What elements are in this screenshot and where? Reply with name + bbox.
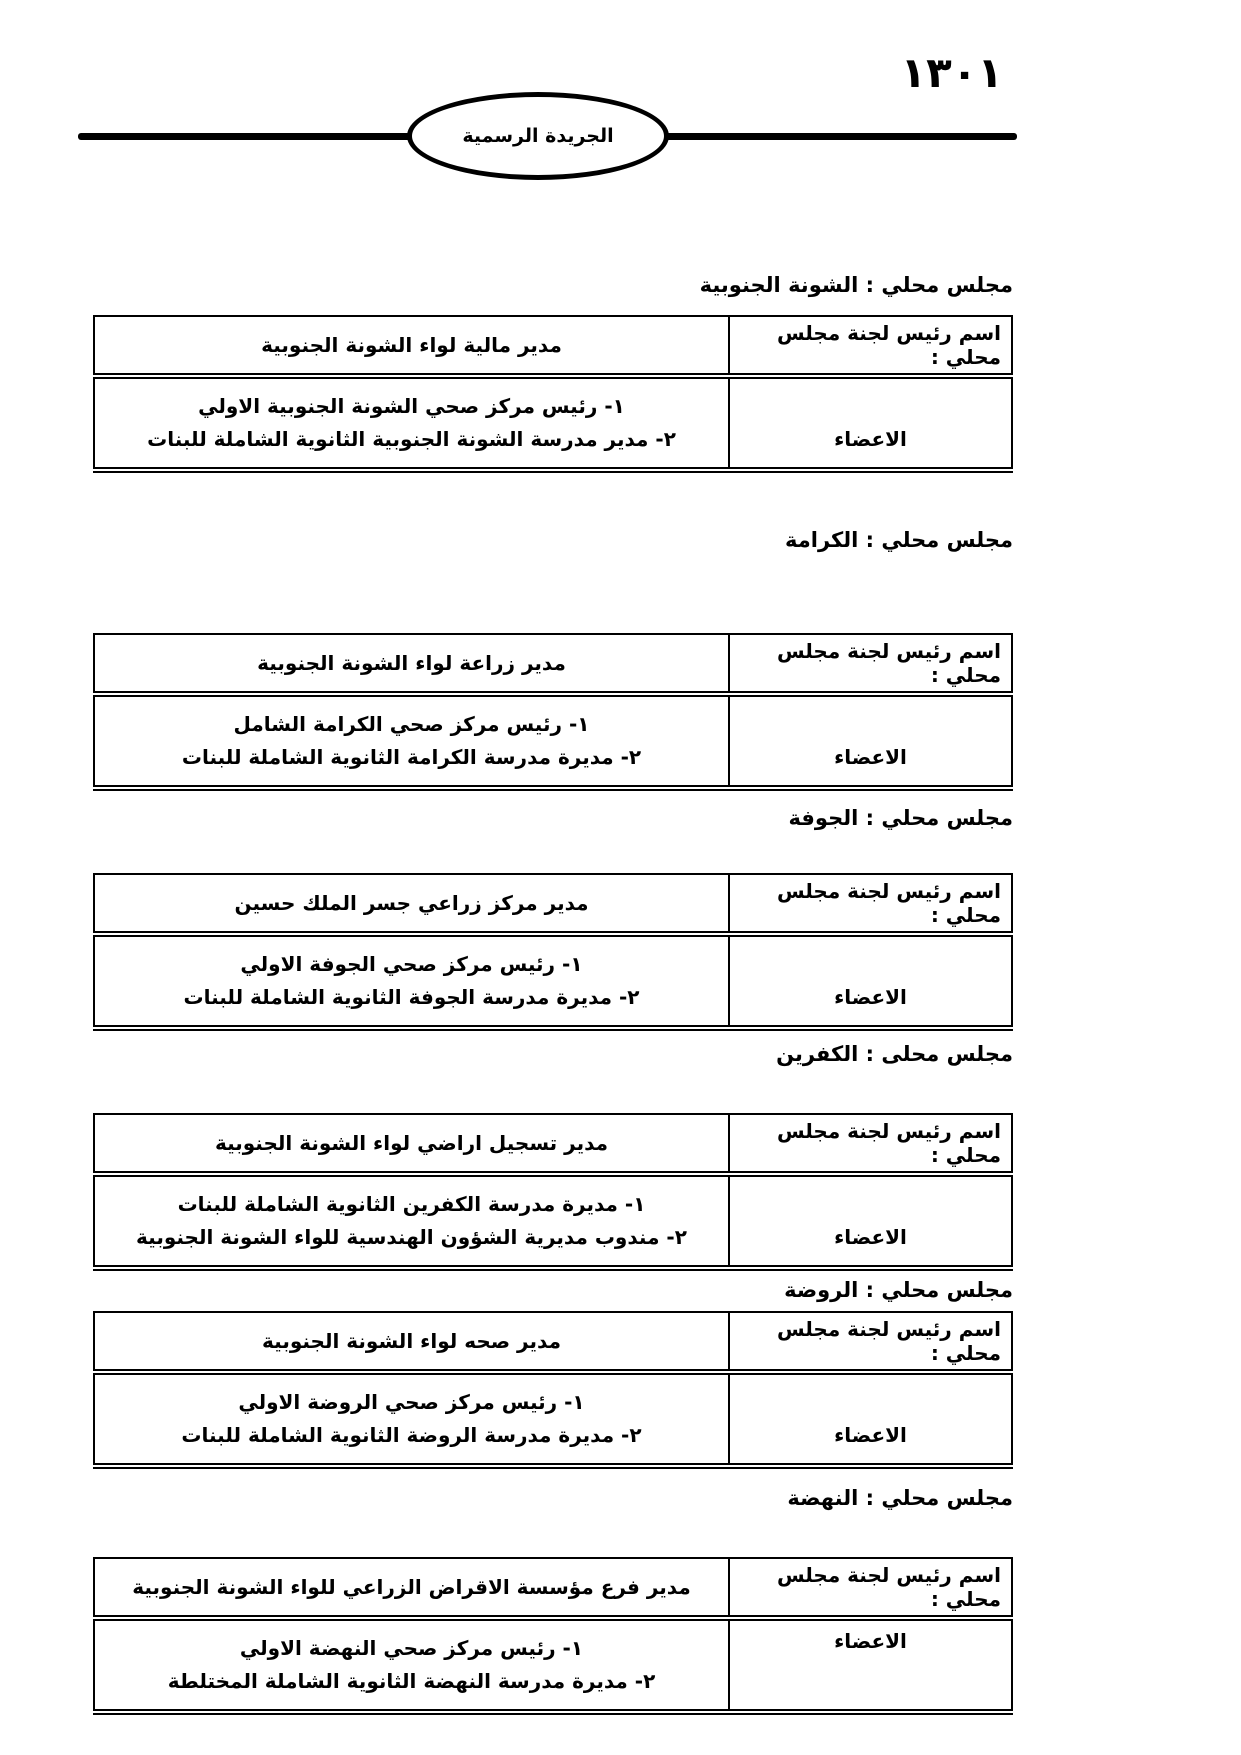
page-content: ١٣٠١ الجريدة الرسمية مجلس محلي : الشونة … xyxy=(93,0,1013,1715)
members-label-cell: الاعضاء xyxy=(729,1174,1012,1268)
member-item: ١- رئيس مركز صحي الكرامة الشامل xyxy=(99,708,724,741)
member-item: ١- رئيس مركز صحي النهضة الاولي xyxy=(99,1632,724,1665)
members-row: الاعضاء ١- رئيس مركز صحي النهضة الاولي ٢… xyxy=(94,1618,1012,1712)
council-title: مجلس محلي : الشونة الجنوبية xyxy=(93,270,1013,300)
member-item: ٢- مدير مدرسة الشونة الجنوبية الثانوية ا… xyxy=(99,423,724,456)
chairman-value-cell: مدير مركز زراعي جسر الملك حسين xyxy=(94,874,729,934)
council-title: مجلس محلي : الجوفة xyxy=(93,803,1013,833)
chairman-label-cell: اسم رئيس لجنة مجلس محلي : xyxy=(729,1312,1012,1372)
council-section: مجلس محلي : الكرامة اسم رئيس لجنة مجلس م… xyxy=(93,525,1013,791)
council-title: مجلس محلي : النهضة xyxy=(93,1483,1013,1513)
members-row: الاعضاء ١- مديرة مدرسة الكفرين الثانوية … xyxy=(94,1174,1012,1268)
members-label-cell: الاعضاء xyxy=(729,694,1012,788)
member-item: ١- مديرة مدرسة الكفرين الثانوية الشاملة … xyxy=(99,1188,724,1221)
members-row: الاعضاء ١- رئيس مركز صحي الكرامة الشامل … xyxy=(94,694,1012,788)
council-table: اسم رئيس لجنة مجلس محلي : مدير مركز زراع… xyxy=(93,873,1013,1031)
council-table: اسم رئيس لجنة مجلس محلي : مدير تسجيل ارا… xyxy=(93,1113,1013,1271)
gazette-page: ١٣٠١ الجريدة الرسمية مجلس محلي : الشونة … xyxy=(0,0,1241,1755)
council-section: مجلس محلي : الشونة الجنوبية اسم رئيس لجن… xyxy=(93,270,1013,473)
gazette-title: الجريدة الرسمية xyxy=(462,125,613,147)
members-list-cell: ١- رئيس مركز صحي الجوفة الاولي ٢- مديرة … xyxy=(94,934,729,1028)
page-header: ١٣٠١ الجريدة الرسمية xyxy=(93,0,1013,185)
chairman-row: اسم رئيس لجنة مجلس محلي : مدير فرع مؤسسة… xyxy=(94,1558,1012,1618)
chairman-value-cell: مدير مالية لواء الشونة الجنوبية xyxy=(94,316,729,376)
members-list-cell: ١- مديرة مدرسة الكفرين الثانوية الشاملة … xyxy=(94,1174,729,1268)
members-label-cell: الاعضاء xyxy=(729,1372,1012,1466)
member-item: ١- رئيس مركز صحي الشونة الجنوبية الاولي xyxy=(99,390,724,423)
members-list-cell: ١- رئيس مركز صحي النهضة الاولي ٢- مديرة … xyxy=(94,1618,729,1712)
chairman-row: اسم رئيس لجنة مجلس محلي : مدير صحه لواء … xyxy=(94,1312,1012,1372)
members-label-cell: الاعضاء xyxy=(729,934,1012,1028)
chairman-value-cell: مدير زراعة لواء الشونة الجنوبية xyxy=(94,634,729,694)
chairman-value-cell: مدير صحه لواء الشونة الجنوبية xyxy=(94,1312,729,1372)
council-title: مجلس محلي : الكرامة xyxy=(93,525,1013,555)
chairman-label-cell: اسم رئيس لجنة مجلس محلي : xyxy=(729,1558,1012,1618)
chairman-value-cell: مدير فرع مؤسسة الاقراض الزراعي للواء الش… xyxy=(94,1558,729,1618)
chairman-label-cell: اسم رئيس لجنة مجلس محلي : xyxy=(729,316,1012,376)
member-item: ٢- مديرة مدرسة الروضة الثانوية الشاملة ل… xyxy=(99,1419,724,1452)
chairman-row: اسم رئيس لجنة مجلس محلي : مدير مالية لوا… xyxy=(94,316,1012,376)
council-table: اسم رئيس لجنة مجلس محلي : مدير مالية لوا… xyxy=(93,315,1013,473)
member-item: ١- رئيس مركز صحي الروضة الاولي xyxy=(99,1386,724,1419)
members-list-cell: ١- رئيس مركز صحي الشونة الجنوبية الاولي … xyxy=(94,376,729,470)
member-item: ٢- مديرة مدرسة الكرامة الثانوية الشاملة … xyxy=(99,741,724,774)
member-item: ٢- مديرة مدرسة الجوفة الثانوية الشاملة ل… xyxy=(99,981,724,1014)
member-item: ٢- مندوب مديرية الشؤون الهندسية للواء ال… xyxy=(99,1221,724,1254)
chairman-label-cell: اسم رئيس لجنة مجلس محلي : xyxy=(729,1114,1012,1174)
council-section: مجلس محلى : الكفرين اسم رئيس لجنة مجلس م… xyxy=(93,1039,1013,1271)
council-table: اسم رئيس لجنة مجلس محلي : مدير صحه لواء … xyxy=(93,1311,1013,1469)
council-title: مجلس محلي : الروضة xyxy=(93,1275,1013,1305)
members-list-cell: ١- رئيس مركز صحي الكرامة الشامل ٢- مديرة… xyxy=(94,694,729,788)
council-title: مجلس محلى : الكفرين xyxy=(93,1039,1013,1069)
chairman-row: اسم رئيس لجنة مجلس محلي : مدير زراعة لوا… xyxy=(94,634,1012,694)
chairman-label-cell: اسم رئيس لجنة مجلس محلي : xyxy=(729,634,1012,694)
members-row: الاعضاء ١- رئيس مركز صحي الروضة الاولي ٢… xyxy=(94,1372,1012,1466)
council-table: اسم رئيس لجنة مجلس محلي : مدير زراعة لوا… xyxy=(93,633,1013,791)
council-section: مجلس محلي : الجوفة اسم رئيس لجنة مجلس مح… xyxy=(93,803,1013,1031)
page-number: ١٣٠١ xyxy=(900,52,1003,94)
member-item: ٢- مديرة مدرسة النهضة الثانوية الشاملة ا… xyxy=(99,1665,724,1698)
chairman-label-cell: اسم رئيس لجنة مجلس محلي : xyxy=(729,874,1012,934)
chairman-row: اسم رئيس لجنة مجلس محلي : مدير مركز زراع… xyxy=(94,874,1012,934)
member-item: ١- رئيس مركز صحي الجوفة الاولي xyxy=(99,948,724,981)
members-list-cell: ١- رئيس مركز صحي الروضة الاولي ٢- مديرة … xyxy=(94,1372,729,1466)
chairman-row: اسم رئيس لجنة مجلس محلي : مدير تسجيل ارا… xyxy=(94,1114,1012,1174)
members-row: الاعضاء ١- رئيس مركز صحي الشونة الجنوبية… xyxy=(94,376,1012,470)
members-label-cell: الاعضاء xyxy=(729,376,1012,470)
members-label-cell: الاعضاء xyxy=(729,1618,1012,1712)
council-section: مجلس محلي : الروضة اسم رئيس لجنة مجلس مح… xyxy=(93,1275,1013,1469)
chairman-value-cell: مدير تسجيل اراضي لواء الشونة الجنوبية xyxy=(94,1114,729,1174)
members-row: الاعضاء ١- رئيس مركز صحي الجوفة الاولي ٢… xyxy=(94,934,1012,1028)
council-section: مجلس محلي : النهضة اسم رئيس لجنة مجلس مح… xyxy=(93,1483,1013,1715)
gazette-seal: الجريدة الرسمية xyxy=(407,92,669,180)
council-table: اسم رئيس لجنة مجلس محلي : مدير فرع مؤسسة… xyxy=(93,1557,1013,1715)
